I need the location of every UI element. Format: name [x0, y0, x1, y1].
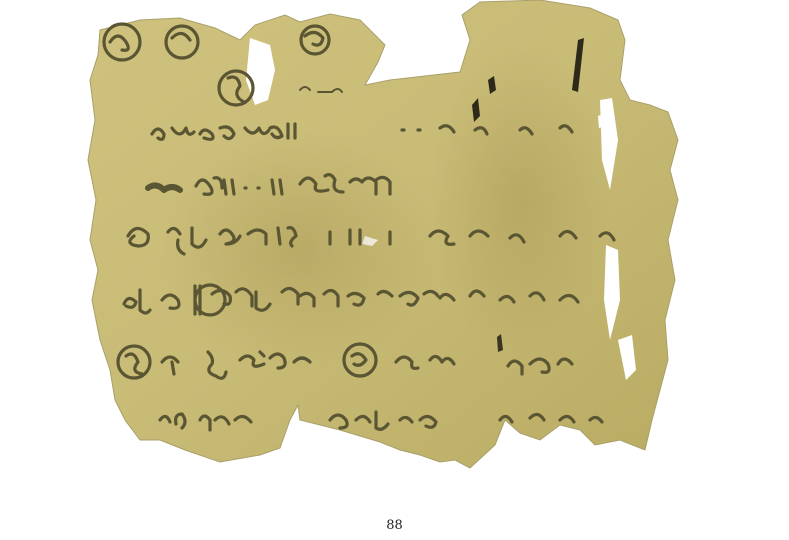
page-number: 88 [0, 518, 789, 533]
manuscript-fragment [0, 0, 789, 500]
